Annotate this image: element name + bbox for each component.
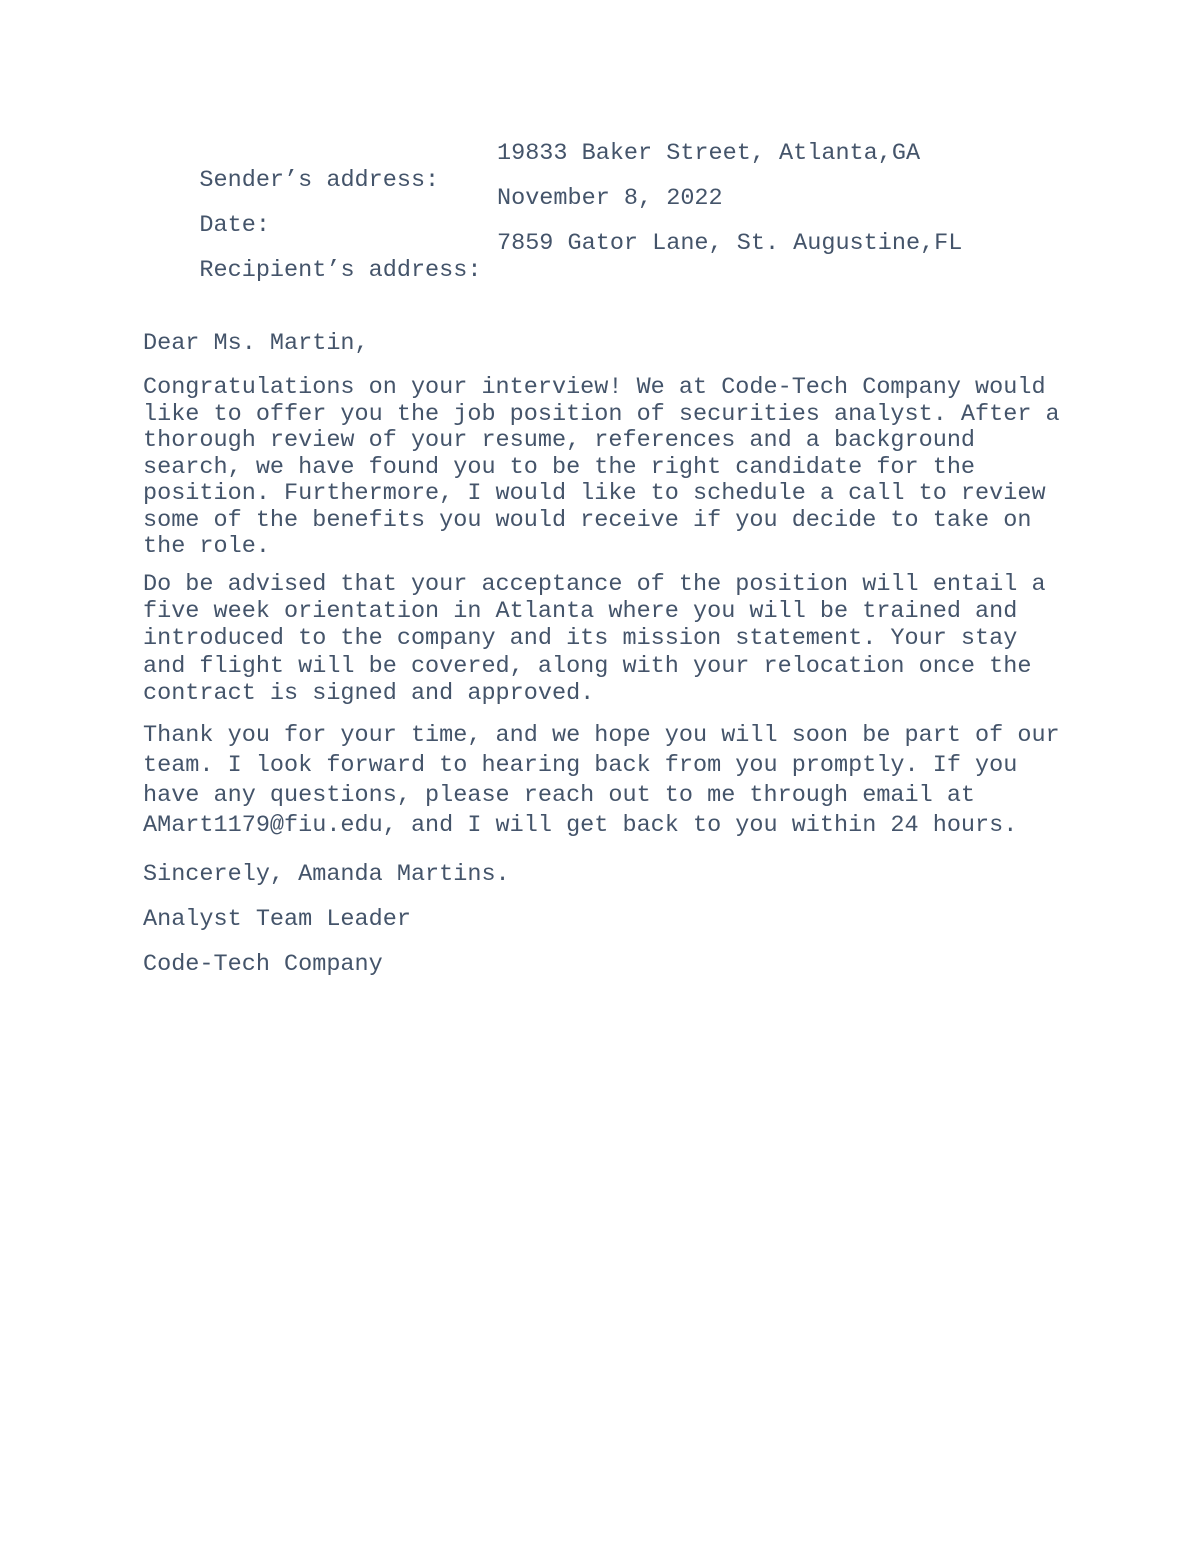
letter-document: Sender’s address: 19833 Baker Street, At… [0, 0, 1200, 1553]
body-paragraph-offer: Congratulations on your interview! We at… [143, 375, 1100, 561]
salutation: Dear Ms. Martin, [143, 330, 1100, 357]
signature-signoff: Sincerely, Amanda Martins. [143, 861, 1100, 888]
body-paragraph-orientation: Do be advised that your acceptance of th… [143, 571, 1100, 708]
date-value: November 8, 2022 [497, 185, 723, 212]
header-field-row: Date: November 8, 2022 [143, 185, 1100, 212]
signature-company: Code-Tech Company [143, 951, 1100, 978]
recipient-address-label: Recipient’s address: [199, 257, 481, 284]
recipient-address-value: 7859 Gator Lane, St. Augustine,FL [497, 230, 962, 257]
sender-address-value: 19833 Baker Street, Atlanta,GA [497, 140, 920, 167]
signature-title: Analyst Team Leader [143, 906, 1100, 933]
header-field-row: Recipient’s address: 7859 Gator Lane, St… [143, 230, 1100, 257]
body-paragraph-thanks: Thank you for your time, and we hope you… [143, 721, 1100, 841]
header-field-row: Sender’s address: 19833 Baker Street, At… [143, 140, 1100, 167]
